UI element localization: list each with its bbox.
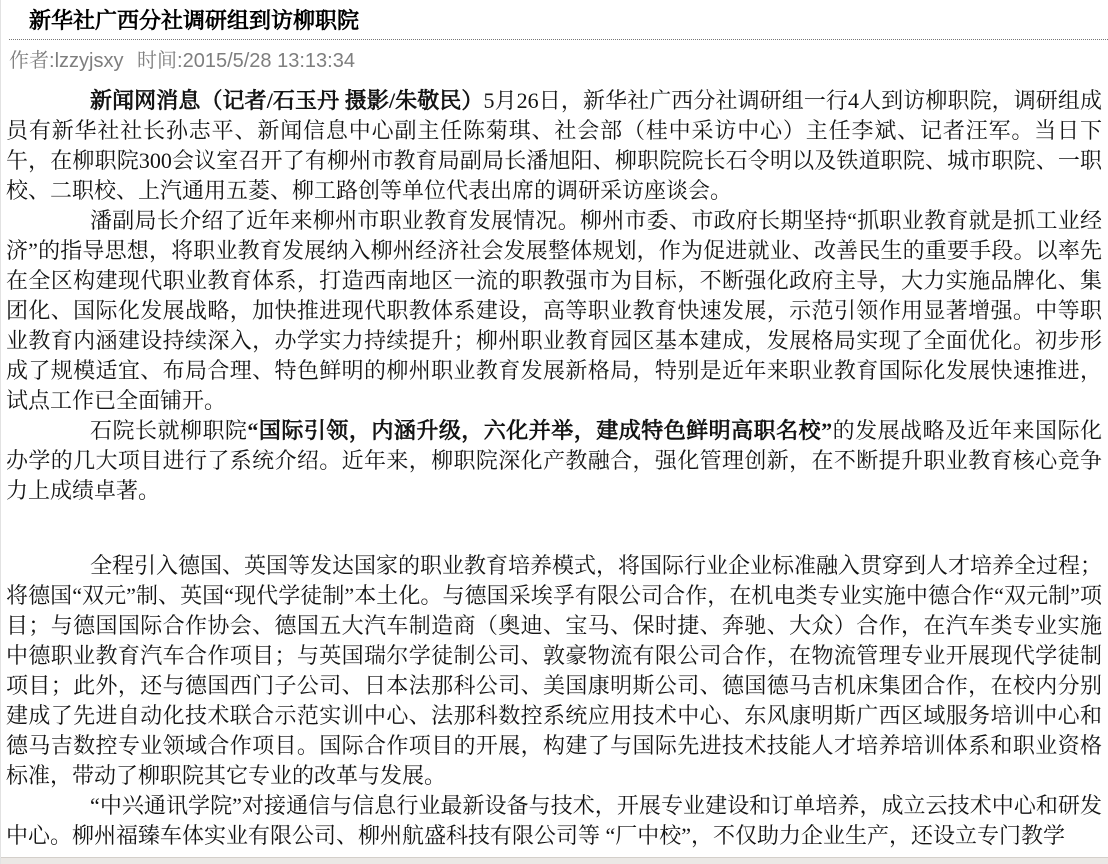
author-meta: 作者:lzzyjsxy <box>9 50 123 72</box>
article-title: 新华社广西分社调研组到访柳职院 <box>29 7 1108 34</box>
article-header: 新华社广西分社调研组到访柳职院 <box>1 0 1108 34</box>
time-value: 2015/5/28 13:13:34 <box>183 50 355 72</box>
author-value: lzzyjsxy <box>55 50 124 72</box>
bottom-border-strip <box>1 857 1108 864</box>
author-label: 作者: <box>9 50 55 72</box>
text-segment: “中兴通讯学院”对接通信与信息行业最新设备与技术，开展专业建设和订单培养，成立云… <box>6 793 1102 848</box>
text-segment: 潘副局长介绍了近年来柳州市职业教育发展情况。柳州市委、市政府长期坚持“抓职业教育… <box>6 208 1102 413</box>
text-segment: 石院长就柳职院 <box>90 418 247 443</box>
blank-line <box>6 506 1102 551</box>
article-page: 新华社广西分社调研组到访柳职院 作者:lzzyjsxy 时间:2015/5/28… <box>0 0 1108 864</box>
article-paragraph: 新闻网消息（记者/石玉丹 摄影/朱敬民）5月26日，新华社广西分社调研组一行4人… <box>6 86 1102 206</box>
article-paragraph: 潘副局长介绍了近年来柳州市职业教育发展情况。柳州市委、市政府长期坚持“抓职业教育… <box>6 206 1102 416</box>
article-body: 新闻网消息（记者/石玉丹 摄影/朱敬民）5月26日，新华社广西分社调研组一行4人… <box>1 74 1108 851</box>
bold-text-segment: “国际引领，内涵升级，六化并举，建成特色鲜明高职名校” <box>247 418 832 443</box>
time-meta: 时间:2015/5/28 13:13:34 <box>137 50 355 72</box>
article-paragraph: 石院长就柳职院“国际引领，内涵升级，六化并举，建成特色鲜明高职名校”的发展战略及… <box>6 416 1102 506</box>
article-paragraph: 全程引入德国、英国等发达国家的职业教育培养模式，将国际行业企业标准融入贯穿到人才… <box>6 551 1102 791</box>
bold-text-segment: 新闻网消息（记者/石玉丹 摄影/朱敬民） <box>90 88 484 113</box>
article-meta: 作者:lzzyjsxy 时间:2015/5/28 13:13:34 <box>1 40 1108 74</box>
text-segment: 全程引入德国、英国等发达国家的职业教育培养模式，将国际行业企业标准融入贯穿到人才… <box>6 553 1102 788</box>
article-paragraph: “中兴通讯学院”对接通信与信息行业最新设备与技术，开展专业建设和订单培养，成立云… <box>6 791 1102 851</box>
time-label: 时间: <box>137 50 183 72</box>
